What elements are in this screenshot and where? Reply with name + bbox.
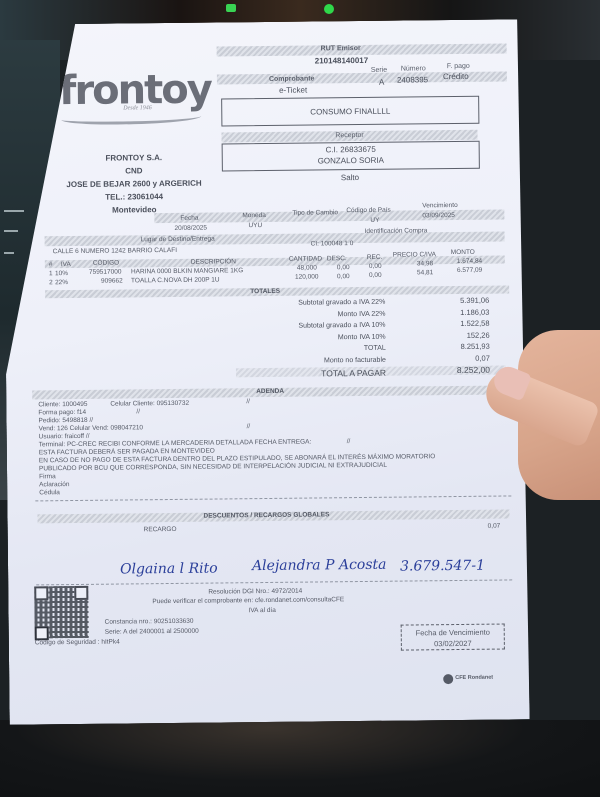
- adenda-cliente: Cliente: 1000495: [38, 401, 87, 409]
- receptor-ci: C.I. 26833675: [223, 144, 479, 156]
- row-cantidad: 120,000: [295, 273, 319, 280]
- destino-label: Lugar de Destino/Entrega: [141, 236, 215, 244]
- col-precio: PRECIO C/IVA: [393, 251, 436, 258]
- adenda-vend: Vend: 126 Celular Vend: 098047210: [39, 424, 144, 432]
- row-desc: 0,00: [337, 273, 350, 280]
- fecha-value: 20/08/2025: [174, 225, 207, 232]
- row-cantidad: 48,000: [297, 264, 317, 271]
- col-num: #: [49, 261, 53, 268]
- header-band: [217, 43, 507, 56]
- row-monto: 6.577,09: [457, 267, 482, 274]
- issuer-line2: CND: [54, 166, 214, 177]
- stalk-marking: [4, 252, 14, 254]
- adenda-sep: //: [246, 398, 250, 405]
- numero-label: Número: [401, 65, 426, 72]
- totals-row-label: Subtotal gravado a IVA 10%: [235, 322, 385, 331]
- destino-value: CALLE 6 NUMERO 1242 BARRIO CALAFI: [53, 247, 177, 255]
- row-num: 1: [49, 270, 53, 277]
- dashboard-indicator-light: [324, 4, 334, 14]
- fpago-value: Crédito: [443, 72, 469, 81]
- stalk-marking: [4, 230, 18, 232]
- totals-row-label: TOTAL A PAGAR: [236, 368, 386, 380]
- row-codigo: 759517000: [89, 269, 122, 276]
- totals-row-value: 152,26: [426, 330, 490, 340]
- col-iva: IVA: [61, 261, 71, 268]
- vencimiento-box: Fecha de Vencimiento 03/02/2027: [401, 624, 505, 651]
- row-precio: 34,98: [417, 260, 433, 267]
- adenda-pedido: Pedido: 5498818 //: [38, 417, 93, 425]
- totals-row-value: 5.391,06: [425, 296, 489, 306]
- row-codigo: 909662: [101, 277, 123, 284]
- rut-value: 210148140017: [315, 56, 368, 66]
- cfe-rondanet-label: CFE Rondanet: [455, 675, 493, 681]
- dashboard-indicator-light: [226, 4, 236, 12]
- serie-value: A: [379, 78, 384, 87]
- signature-line: [36, 579, 512, 585]
- totals-row-label: Monto IVA 10%: [236, 333, 386, 342]
- adenda-celular-cliente: Celular Cliente: 095130732: [110, 400, 189, 408]
- totals-row-value: 8.252,00: [426, 365, 490, 376]
- codigo-pais-value: UY: [370, 217, 379, 224]
- logo-wave-decoration: [61, 111, 201, 125]
- totals-row-label: Subtotal gravado a IVA 22%: [235, 299, 385, 308]
- adenda-sep: //: [247, 423, 251, 430]
- resolucion-dgi: Resolución DGI Nro.: 4972/2014: [208, 588, 302, 596]
- fpago-label: F. pago: [447, 63, 470, 70]
- serie-rango: Serie: A del 2400001 al 2500000: [105, 628, 199, 636]
- adenda-cedula: Cédula: [39, 489, 60, 496]
- divider: [35, 495, 511, 501]
- adenda-sep: //: [136, 408, 140, 415]
- ident-compra-label: Identificación Compra: [364, 227, 427, 235]
- iva-al-dia: IVA al día: [248, 607, 275, 614]
- numero-value: 2408395: [397, 75, 428, 84]
- col-monto: MONTO: [451, 249, 475, 256]
- signature-1: Olgaina l Rito: [120, 561, 218, 578]
- receptor-name: GONZALO SORIA: [223, 155, 479, 167]
- recargo-value: 0,07: [488, 523, 501, 530]
- col-rec: REC.: [367, 254, 383, 261]
- logo-tagline: Desde 1946: [123, 105, 152, 111]
- signature-2: Alejandra P Acosta: [252, 557, 387, 574]
- col-cantidad: CANTIDAD: [289, 255, 322, 262]
- fecha-label: Fecha: [180, 215, 198, 222]
- totals-row-label: TOTAL: [236, 345, 386, 354]
- row-precio: 54,81: [417, 269, 433, 276]
- issuer-name: FRONTOY S.A.: [54, 153, 214, 164]
- rut-label: RUT Emisor: [321, 45, 361, 52]
- totals-row-label: Monto no facturable: [236, 356, 386, 365]
- adenda-forma-pago: Forma pago: f14: [38, 409, 86, 416]
- issuer-block: FRONTOY S.A. CND JOSE DE BEJAR 2600 y AR…: [54, 153, 215, 216]
- adenda-firma: Firma: [39, 473, 56, 480]
- consumo-text: CONSUMO FINALLLL: [222, 106, 478, 118]
- moneda-label: Moneda: [242, 212, 266, 219]
- row-desc: 0,00: [337, 264, 350, 271]
- serie-label: Serie: [371, 67, 387, 74]
- stalk-marking: [4, 210, 24, 212]
- moneda-value: UYU: [248, 222, 262, 229]
- totals-row-label: Monto IVA 22%: [235, 310, 385, 319]
- row-monto: 1.674,84: [457, 258, 482, 265]
- vencimiento-footer-label: Fecha de Vencimiento: [402, 628, 504, 638]
- issuer-address: JOSE DE BEJAR 2600 y ARGERICH: [54, 179, 214, 190]
- col-descripcion: DESCRIPCIÓN: [191, 258, 236, 265]
- totals-row-value: 8.251,93: [426, 342, 490, 352]
- recargo-label: RECARGO: [144, 526, 177, 533]
- comprobante-label: Comprobante: [269, 75, 315, 82]
- adenda-aclaracion: Aclaración: [39, 481, 69, 488]
- adenda-terminal: Terminal: PC-CREC RECIBI CONFORME LA MER…: [39, 439, 312, 449]
- totals-row-value: 0,07: [426, 353, 490, 363]
- e-ticket-receipt: frontoy Desde 1946 RUT Emisor 2101481400…: [2, 19, 529, 724]
- adenda-label: ADENDA: [256, 388, 284, 395]
- signature-3: 3.679.547-1: [400, 558, 485, 575]
- totals-row-value: 1.186,03: [425, 307, 489, 317]
- receptor-city: Salto: [222, 172, 478, 184]
- vencimiento-footer-value: 03/02/2027: [402, 639, 504, 649]
- row-rec: 0,00: [369, 272, 382, 279]
- global-label: DESCUENTOS / RECARGOS GLOBALES: [203, 511, 329, 519]
- comprobante-value: e-Ticket: [279, 86, 307, 95]
- adenda-usuario: Usuario: fraicoff //: [39, 433, 90, 441]
- vencimiento-label: Vencimiento: [422, 202, 457, 209]
- receptor-box: C.I. 26833675 GONZALO SORIA: [222, 141, 480, 172]
- row-descripcion: TOALLA C.NOVA DH 200P 1U: [131, 276, 220, 284]
- vencimiento-value: 03/09/2025: [422, 212, 455, 219]
- destino-band: [45, 231, 505, 246]
- cfe-rondanet-logo-icon: [443, 674, 453, 684]
- col-codigo: CÓDIGO: [93, 260, 119, 267]
- ident-compra-value: CI: 100048 1 0: [311, 240, 354, 247]
- constancia: Constancia nro.: 90251033630: [105, 618, 194, 626]
- consumo-box: CONSUMO FINALLLL: [221, 96, 479, 127]
- row-descripcion: HARINA 0000 BLKIN MANGIARE 1KG: [131, 267, 243, 275]
- totals-row-value: 1.522,58: [425, 319, 489, 329]
- codigo-seguridad: Código de Seguridad : hItPk4: [35, 639, 120, 647]
- col-desc: DESC.: [327, 255, 347, 262]
- tipo-cambio-label: Tipo de Cambio: [292, 209, 338, 216]
- row-num: 2: [49, 279, 53, 286]
- verificar-text: Puede verificar el comprobante en: cfe.r…: [152, 596, 344, 605]
- issuer-phone: TEL.: 23061044: [54, 192, 214, 203]
- row-iva: 22%: [55, 279, 68, 286]
- hand: [488, 330, 600, 500]
- adenda-sep: //: [347, 438, 351, 445]
- codigo-pais-label: Código de País: [346, 207, 391, 214]
- row-rec: 0,00: [369, 263, 382, 270]
- car-seat-background: [0, 720, 600, 797]
- row-iva: 10%: [55, 270, 68, 277]
